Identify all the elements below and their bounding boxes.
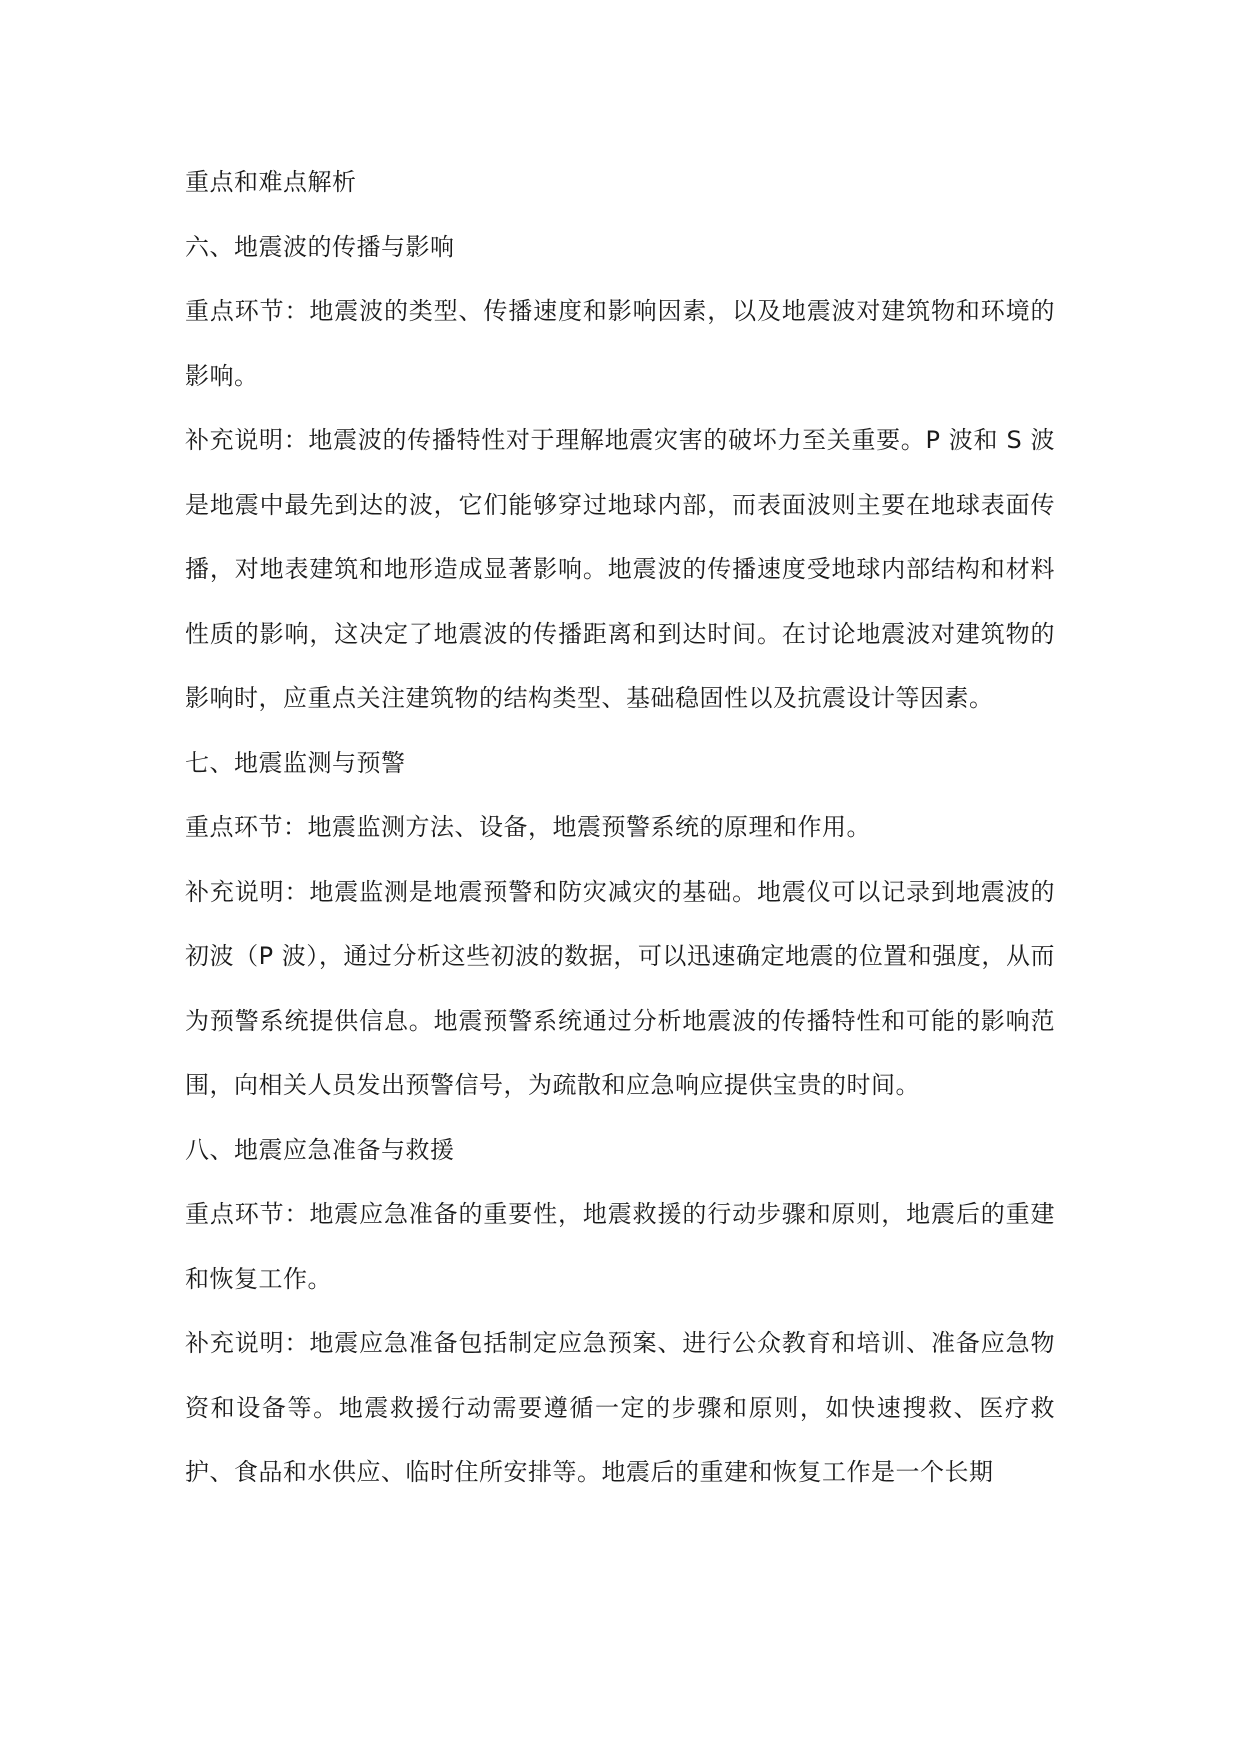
section-heading: 八、地震应急准备与救援 — [185, 1118, 1055, 1183]
section-notes: 补充说明：地震波的传播特性对于理解地震灾害的破坏力至关重要。P 波和 S 波是地… — [185, 408, 1055, 731]
section-key-points: 重点环节：地震监测方法、设备，地震预警系统的原理和作用。 — [185, 795, 1055, 860]
section-heading: 七、地震监测与预警 — [185, 731, 1055, 796]
document-page: 重点和难点解析 六、地震波的传播与影响 重点环节：地震波的类型、传播速度和影响因… — [185, 150, 1055, 1505]
section-key-points: 重点环节：地震波的类型、传播速度和影响因素，以及地震波对建筑物和环境的影响。 — [185, 279, 1055, 408]
section-key-points: 重点环节：地震应急准备的重要性，地震救援的行动步骤和原则，地震后的重建和恢复工作… — [185, 1182, 1055, 1311]
section-notes: 补充说明：地震应急准备包括制定应急预案、进行公众教育和培训、准备应急物资和设备等… — [185, 1311, 1055, 1505]
section-heading: 六、地震波的传播与影响 — [185, 215, 1055, 280]
document-title: 重点和难点解析 — [185, 150, 1055, 215]
section-notes: 补充说明：地震监测是地震预警和防灾减灾的基础。地震仪可以记录到地震波的初波（P … — [185, 860, 1055, 1118]
